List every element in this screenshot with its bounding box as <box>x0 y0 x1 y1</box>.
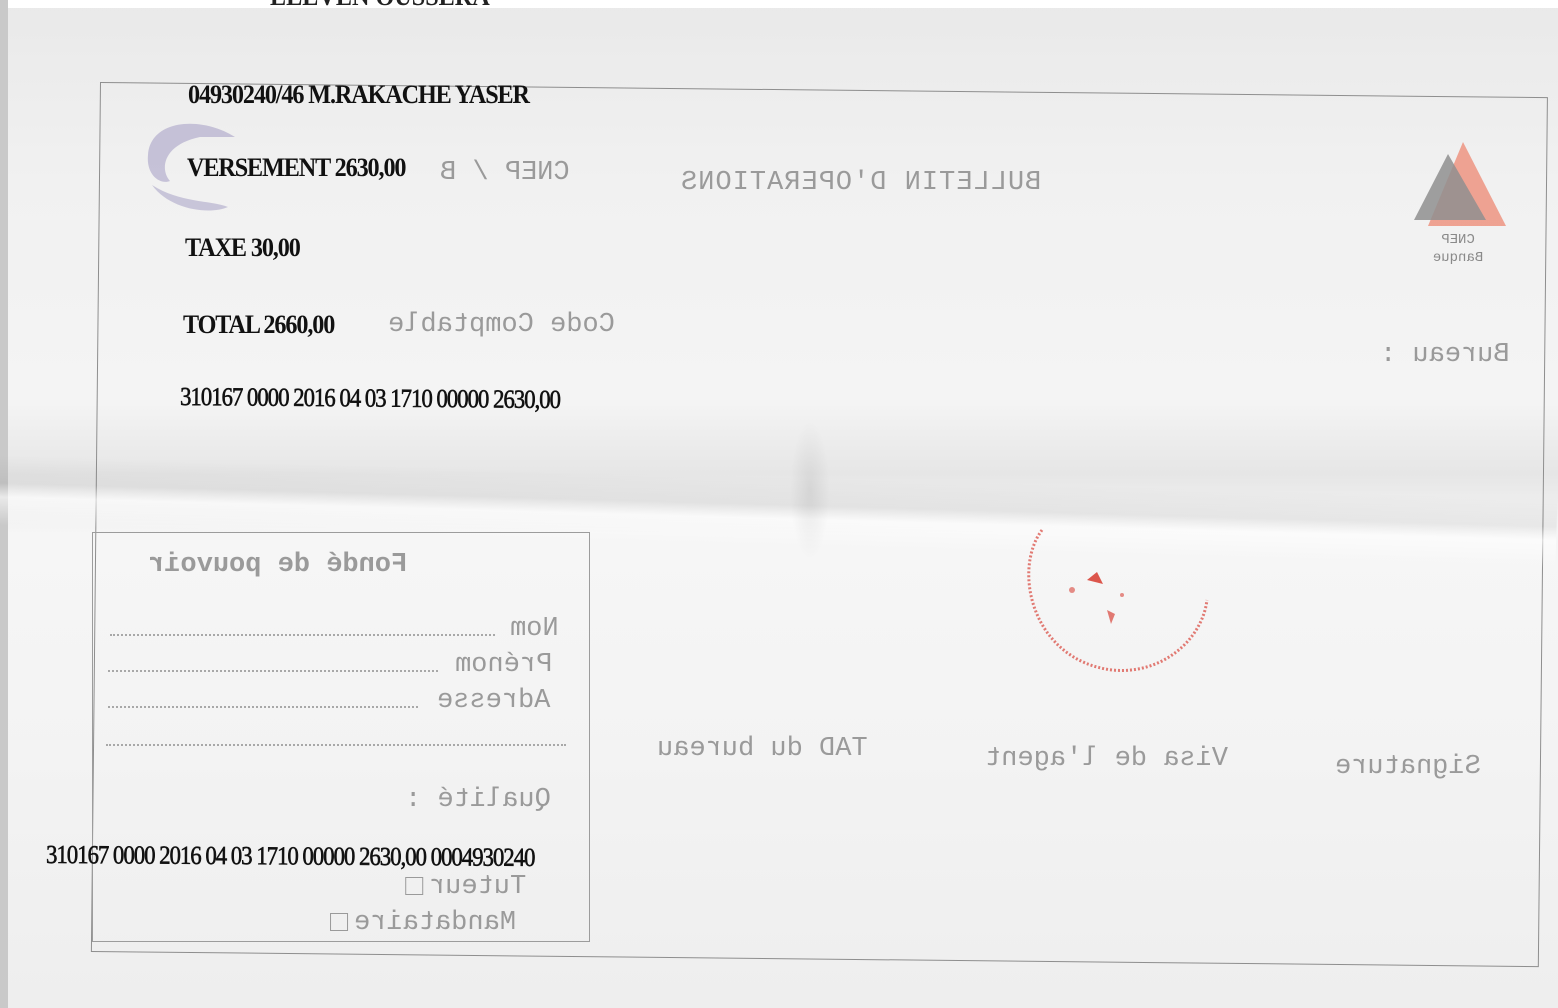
paper-crease <box>790 420 830 560</box>
form-issuer-mirrored: CNEP / B <box>440 158 570 188</box>
bureau-label: Bureau : <box>1380 340 1510 370</box>
adresse-field-line-2 <box>106 744 566 746</box>
transaction-code-line: 310167 0000 2016 04 03 1710 00000 2630,0… <box>180 382 560 415</box>
tuteur-label: Tuteur <box>429 872 526 902</box>
transaction-code-line-full: 310167 0000 2016 04 03 1710 00000 2630,0… <box>46 840 535 873</box>
tad-bureau-label: TAD du bureau <box>657 734 868 764</box>
signature-label: Signature <box>1335 752 1481 782</box>
account-holder-line: 04930240/46 M.RAKACHE YASER <box>188 80 529 110</box>
total-amount: TOTAL 2660,00 <box>183 310 334 340</box>
adresse-label: Adresse <box>437 686 550 716</box>
form-title-mirrored: BULLETIN D'OPERATIONS <box>680 168 1041 198</box>
cut-header-text: ELEVEN OUSSERA <box>270 0 490 12</box>
prenom-field-line <box>108 670 438 672</box>
cnep-banque-logo: CNEP Banque <box>1408 140 1508 270</box>
scan-top-margin <box>0 0 1558 8</box>
nom-label: Nom <box>510 614 559 644</box>
taxe-amount: TAXE 30,00 <box>185 233 300 263</box>
logo-caption-cnep: CNEP <box>1408 232 1508 248</box>
fonde-de-pouvoir-heading: Fondé de pouvoir <box>148 550 407 580</box>
red-postal-stamp <box>1012 500 1212 675</box>
qualite-label: Qualité : <box>405 785 551 815</box>
logo-caption-banque: Banque <box>1408 250 1508 266</box>
tuteur-option: Tuteur <box>405 872 526 902</box>
tuteur-checkbox-icon <box>405 877 423 895</box>
versement-amount: VERSEMENT 2630,00 <box>187 153 405 183</box>
adresse-field-line <box>108 706 418 708</box>
mandataire-label: Mandataire <box>354 908 516 938</box>
code-comptable-label: Code Comptable <box>388 310 615 340</box>
visa-agent-label: Visa de l'agent <box>985 744 1228 774</box>
nom-field-line <box>110 634 495 636</box>
cnep-triangle-icon <box>1408 140 1508 230</box>
mandataire-option: Mandataire <box>330 908 516 938</box>
prenom-label: Prénom <box>455 650 552 680</box>
mandataire-checkbox-icon <box>330 913 348 931</box>
